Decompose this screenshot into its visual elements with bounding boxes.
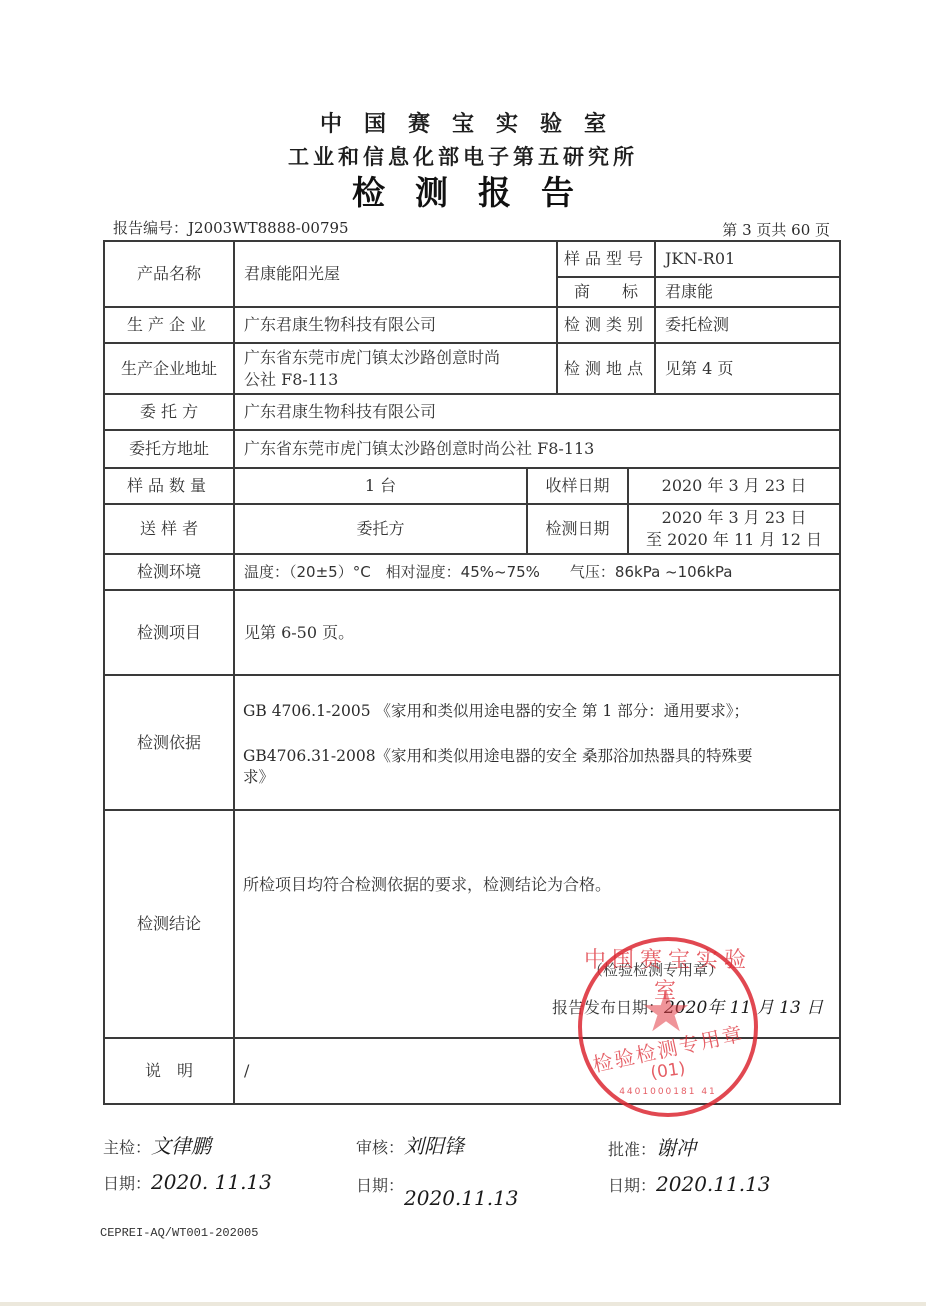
- label-client: 委 托 方: [105, 395, 233, 429]
- inspector-signature-block: 主检：文律鹏: [103, 1130, 211, 1159]
- value-test-date: 2020 年 3 月 23 日 至 2020 年 11 月 12 日: [629, 505, 839, 553]
- label-sample-model: 样品型号: [558, 242, 654, 276]
- label-receipt-date: 收样日期: [528, 469, 627, 503]
- value-sample-model: JKN-R01: [656, 242, 839, 276]
- label-test-date: 检测日期: [528, 505, 627, 553]
- value-trademark: 君康能: [656, 278, 839, 306]
- label-manufacturer-address: 生产企业地址: [105, 344, 233, 393]
- label-manufacturer: 生产企业: [105, 308, 233, 342]
- stamp-code: 4401000181 41: [582, 1087, 754, 1097]
- label-client-address: 委托方地址: [105, 431, 233, 467]
- address-line1: 广东省东莞市虎门镇太沙路创意时尚: [244, 347, 500, 369]
- label-environment: 检测环境: [105, 555, 233, 589]
- approver-label: 批准：: [608, 1140, 656, 1159]
- page-info: 第 3 页共 60 页: [722, 220, 830, 240]
- reviewer-date-label: 日期：: [356, 1176, 404, 1195]
- label-test-basis: 检测依据: [105, 676, 233, 809]
- inspector-signature: 文律鹏: [151, 1134, 211, 1158]
- label-conclusion: 检测结论: [105, 811, 233, 1037]
- value-client-address: 广东省东莞市虎门镇太沙路创意时尚公社 F8-113: [235, 431, 839, 467]
- label-sample-quantity: 样品数量: [105, 469, 233, 503]
- report-number-label: 报告编号：: [113, 219, 188, 237]
- value-manufacturer-address: 广东省东莞市虎门镇太沙路创意时尚 公社 F8-113: [235, 344, 556, 393]
- label-test-items: 检测项目: [105, 591, 233, 674]
- reviewer-signature: 刘阳锋: [404, 1134, 464, 1158]
- reviewer-date-block: 日期：2020.11.13: [356, 1172, 519, 1196]
- org-name-line1: 中国赛宝实验室: [0, 110, 926, 140]
- label-sender: 送 样 者: [105, 505, 233, 553]
- label-test-location: 检测地点: [558, 344, 654, 393]
- test-basis-standard-2: GB4706.31-2008《家用和类似用途电器的安全 桑那浴加热器具的特殊要: [243, 745, 752, 767]
- value-product-name: 君康能阳光屋: [235, 242, 556, 306]
- value-manufacturer: 广东君康生物科技有限公司: [235, 308, 556, 342]
- official-seal-stamp: 中国赛宝实验室 ★ 检验检测专用章 (01) 4401000181 41: [578, 937, 758, 1117]
- value-client: 广东君康生物科技有限公司: [235, 395, 839, 429]
- inspector-date-block: 日期：2020. 11.13: [103, 1170, 272, 1194]
- inspector-date-label: 日期：: [103, 1174, 151, 1193]
- page-edge: [0, 1302, 926, 1306]
- value-environment: 温度：（20±5）°C 相对湿度：45%~75% 气压：86kPa ~106kP…: [235, 555, 839, 589]
- test-date-start: 2020 年 3 月 23 日: [662, 507, 807, 529]
- report-number-value: J2003WT8888-00795: [188, 219, 349, 237]
- value-sample-quantity: 1 台: [235, 469, 526, 503]
- test-basis-standard-1: GB 4706.1-2005 《家用和类似用途电器的安全 第 1 部分：通用要求…: [243, 700, 749, 722]
- inspector-label: 主检：: [103, 1138, 151, 1157]
- value-test-type: 委托检测: [656, 308, 839, 342]
- approver-date-label: 日期：: [608, 1176, 656, 1195]
- reviewer-label: 审核：: [356, 1138, 404, 1157]
- test-date-end: 至 2020 年 11 月 12 日: [646, 529, 822, 551]
- report-number: 报告编号：J2003WT8888-00795: [113, 218, 349, 238]
- approver-signature: 谢冲: [656, 1136, 696, 1160]
- test-basis-standard-2-cont: 求》: [243, 766, 274, 788]
- reviewer-signature-block: 审核：刘阳锋: [356, 1130, 464, 1159]
- approver-date: 2020.11.13: [656, 1172, 771, 1196]
- document-title: 检测报告: [0, 172, 926, 214]
- approver-signature-block: 批准：谢冲: [608, 1132, 696, 1161]
- org-name-line2: 工业和信息化部电子第五研究所: [0, 142, 926, 172]
- value-test-location: 见第 4 页: [656, 344, 839, 393]
- table-border-right: [839, 240, 841, 1105]
- label-trademark: 商 标: [558, 278, 654, 306]
- value-sender: 委托方: [235, 505, 526, 553]
- address-line2: 公社 F8-113: [244, 369, 338, 391]
- value-test-items: 见第 6-50 页。: [235, 591, 839, 674]
- label-product-name: 产品名称: [105, 242, 233, 306]
- label-test-type: 检测类别: [558, 308, 654, 342]
- approver-date-block: 日期：2020.11.13: [608, 1172, 771, 1196]
- form-code: CEPREI-AQ/WT001-202005: [100, 1226, 258, 1240]
- label-remarks: 说 明: [105, 1039, 233, 1103]
- value-receipt-date: 2020 年 3 月 23 日: [629, 469, 839, 503]
- reviewer-date: 2020.11.13: [404, 1186, 519, 1210]
- inspector-date: 2020. 11.13: [151, 1170, 272, 1194]
- conclusion-text: 所检项目均符合检测依据的要求，检测结论为合格。: [243, 872, 611, 895]
